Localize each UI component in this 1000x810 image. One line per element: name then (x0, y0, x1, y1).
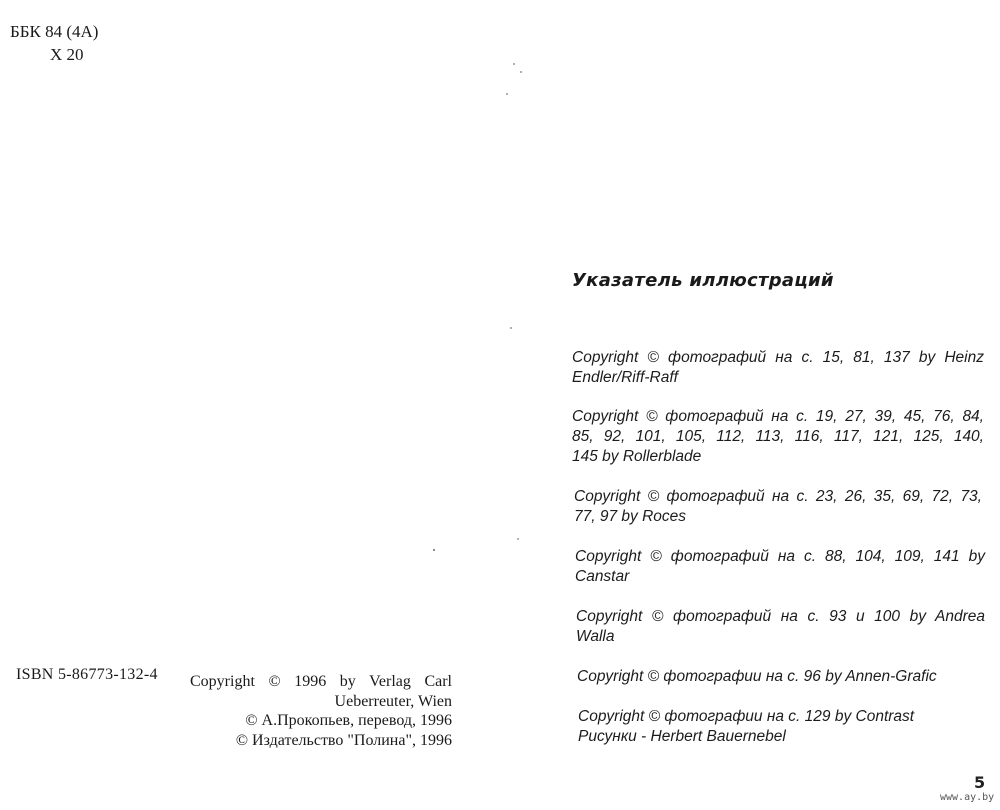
isbn: ISBN 5-86773-132-4 (16, 666, 158, 684)
speck (506, 93, 508, 95)
copyright-line: Ueberreuter, Wien (190, 692, 452, 712)
entry-line: Copyright © фотографий на с. 88, 104, 10… (575, 547, 985, 567)
entry-line: 145 by Rollerblade (572, 447, 984, 467)
speck (510, 327, 512, 329)
illustration-entry: Copyright © фотографий на с. 23, 26, 35,… (574, 487, 982, 527)
entry-line: Copyright © фотографий на с. 23, 26, 35,… (574, 487, 982, 507)
illustration-entry: Copyright © фотографий на с. 88, 104, 10… (575, 547, 985, 587)
page-number: 5 (974, 773, 985, 792)
illustration-entry: Copyright © фотографий на с. 15, 81, 137… (572, 348, 984, 388)
illustration-entry: Copyright © фотографии на с. 96 by Annen… (577, 667, 977, 687)
copyright-line: © А.Прокопьев, перевод, 1996 (190, 711, 452, 731)
speck (517, 538, 519, 540)
entry-line: Рисунки - Herbert Bauernebel (578, 727, 978, 747)
entry-line: Walla (576, 627, 985, 647)
entry-line: Copyright © фотографии на с. 129 by Cont… (578, 707, 978, 727)
speck (433, 549, 435, 551)
speck (513, 63, 515, 65)
entry-line: Copyright © фотографии на с. 96 by Annen… (577, 667, 977, 687)
speck (520, 71, 522, 73)
classification-codes: ББК 84 (4А) Х 20 (10, 20, 98, 66)
author-mark: Х 20 (10, 43, 98, 66)
entry-line: 77, 97 by Roces (574, 507, 982, 527)
copyright-block: Copyright © 1996 by Verlag Carl Ueberreu… (190, 672, 452, 750)
illustration-entry: Copyright © фотографий на с. 19, 27, 39,… (572, 407, 984, 467)
entry-line: Copyright © фотографий на с. 19, 27, 39,… (572, 407, 984, 427)
bbk-code: ББК 84 (4А) (10, 20, 98, 43)
illustration-entry: Copyright © фотографий на с. 93 и 100 by… (576, 607, 985, 647)
entry-line: 85, 92, 101, 105, 112, 113, 116, 117, 12… (572, 427, 984, 447)
copyright-line: Copyright © 1996 by Verlag Carl (190, 672, 452, 692)
illustration-entry: Copyright © фотографии на с. 129 by Cont… (578, 707, 978, 747)
watermark: www.ay.by (940, 792, 994, 803)
copyright-line: © Издательство "Полина", 1996 (190, 731, 452, 751)
entry-line: Canstar (575, 567, 985, 587)
entry-line: Copyright © фотографий на с. 93 и 100 by… (576, 607, 985, 627)
page-title: Указатель иллюстраций (572, 270, 834, 291)
entry-line: Endler/Riff-Raff (572, 368, 984, 388)
entry-line: Copyright © фотографий на с. 15, 81, 137… (572, 348, 984, 368)
